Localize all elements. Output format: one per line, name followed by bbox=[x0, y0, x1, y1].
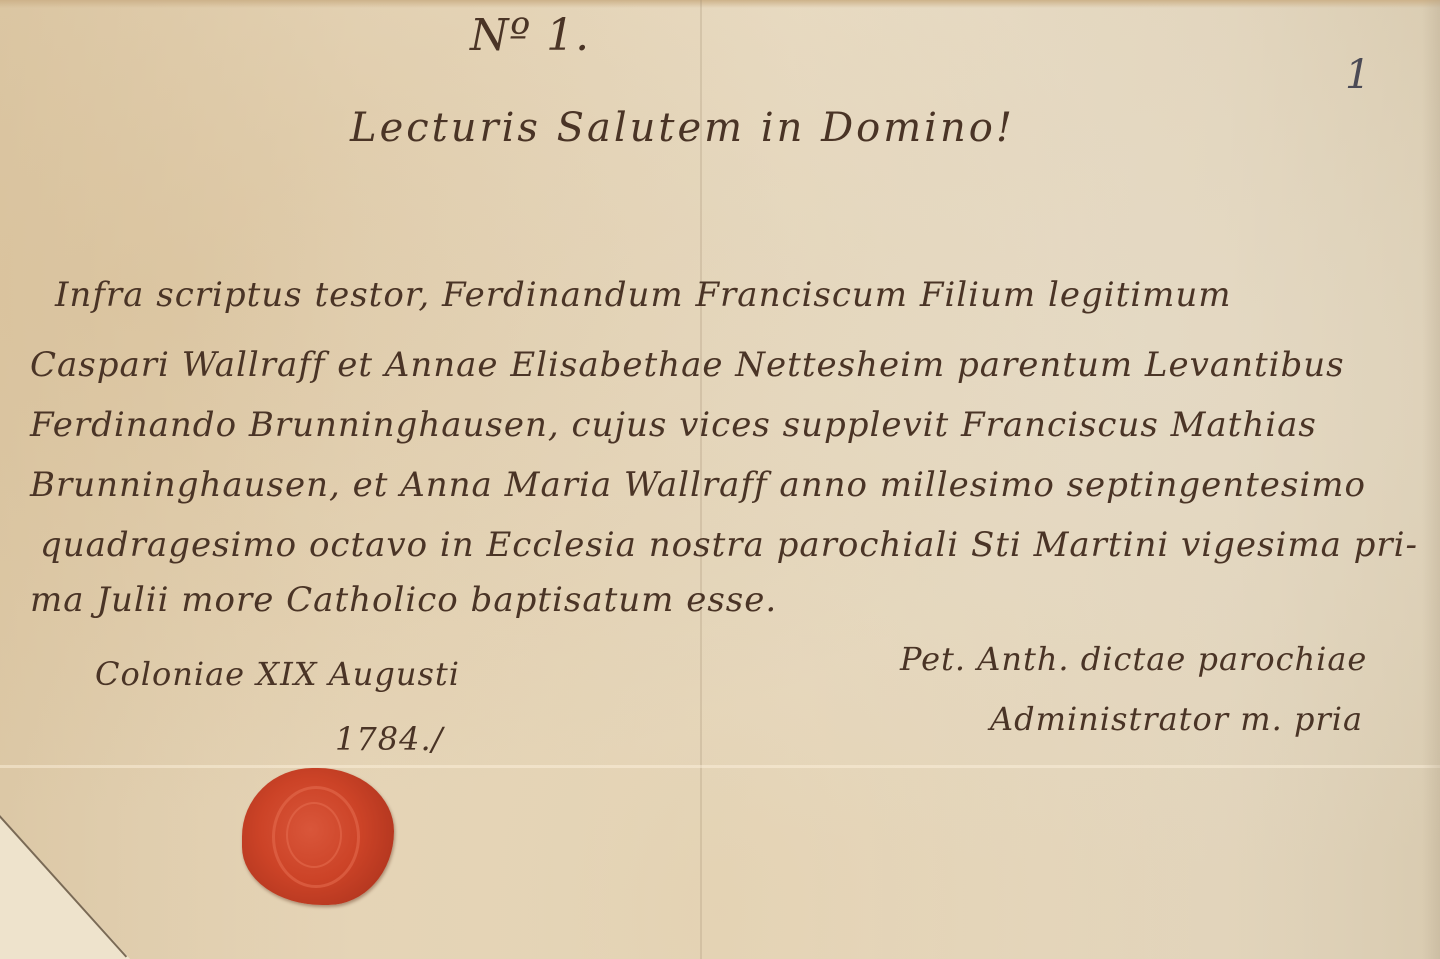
horizontal-fold-line bbox=[0, 765, 1440, 768]
wax-seal-icon bbox=[242, 768, 394, 905]
place-date: Coloniae XIX Augusti bbox=[95, 655, 460, 693]
body-line-5: quadragesimo octavo in Ecclesia nostra p… bbox=[40, 525, 1418, 565]
signature-line-1: Pet. Anth. dictae parochiae bbox=[900, 640, 1367, 678]
year: 1784./ bbox=[335, 720, 443, 758]
body-line-6: ma Julii more Catholico baptisatum esse. bbox=[30, 580, 777, 620]
body-line-3: Ferdinando Brunninghausen, cujus vices s… bbox=[30, 405, 1317, 445]
salutation: Lecturis Salutem in Domino! bbox=[350, 105, 1015, 151]
body-line-1: Infra scriptus testor, Ferdinandum Franc… bbox=[55, 275, 1232, 315]
paper-right-edge bbox=[1422, 0, 1440, 959]
document-number: Nº 1. bbox=[470, 10, 590, 61]
signature-line-2: Administrator m. pria bbox=[990, 700, 1363, 738]
seal-inner-ring bbox=[286, 802, 342, 868]
body-line-2: Caspari Wallraff et Annae Elisabethae Ne… bbox=[30, 345, 1345, 385]
corner-mark: 1 bbox=[1345, 52, 1371, 98]
body-line-4: Brunninghausen, et Anna Maria Wallraff a… bbox=[30, 465, 1366, 505]
paper-top-edge bbox=[0, 0, 1440, 8]
